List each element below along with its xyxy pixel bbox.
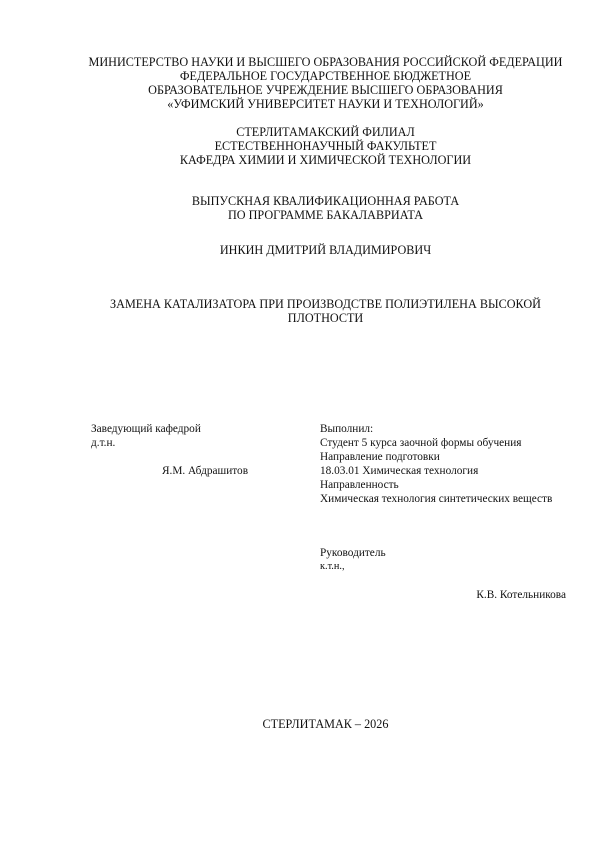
- header-line: ФЕДЕРАЛЬНОЕ ГОСУДАРСТВЕННОЕ БЮДЖЕТНОЕ: [0, 69, 595, 83]
- header-line: «УФИМСКИЙ УНИВЕРСИТЕТ НАУКИ И ТЕХНОЛОГИЙ…: [0, 97, 595, 111]
- faculty-name: ЕСТЕСТВЕННОНАУЧНЫЙ ФАКУЛЬТЕТ: [0, 139, 595, 153]
- city-year: СТЕРЛИТАМАК – 2026: [0, 717, 595, 731]
- header-line: МИНИСТЕРСТВО НАУКИ И ВЫСШЕГО ОБРАЗОВАНИЯ…: [0, 55, 595, 69]
- branch-name: СТЕРЛИТАМАКСКИЙ ФИЛИАЛ: [0, 125, 595, 139]
- direction-value: 18.03.01 Химическая технология: [320, 464, 478, 478]
- profile-label: Направленность: [320, 478, 399, 492]
- performed-by-label: Выполнил:: [320, 422, 373, 436]
- head-degree: д.т.н.: [91, 436, 115, 450]
- student-info: Студент 5 курса заочной формы обучения: [320, 436, 521, 450]
- header-line: ОБРАЗОВАТЕЛЬНОЕ УЧРЕЖДЕНИЕ ВЫСШЕГО ОБРАЗ…: [0, 83, 595, 97]
- author-name: ИНКИН ДМИТРИЙ ВЛАДИМИРОВИЧ: [0, 243, 595, 257]
- supervisor-name: К.В. Котельникова: [476, 588, 566, 602]
- department-name: КАФЕДРА ХИМИИ И ХИМИЧЕСКОЙ ТЕХНОЛОГИИ: [0, 153, 595, 167]
- work-type-line: ВЫПУСКНАЯ КВАЛИФИКАЦИОННАЯ РАБОТА: [0, 194, 595, 208]
- supervisor-role: Руководитель: [320, 546, 386, 560]
- head-name: Я.М. Абдрашитов: [162, 464, 248, 478]
- title-page: МИНИСТЕРСТВО НАУКИ И ВЫСШЕГО ОБРАЗОВАНИЯ…: [0, 0, 595, 841]
- profile-value: Химическая технология синтетических веще…: [320, 492, 552, 506]
- supervisor-degree: к.т.н.,: [320, 560, 345, 574]
- title-line: ЗАМЕНА КАТАЛИЗАТОРА ПРИ ПРОИЗВОДСТВЕ ПОЛ…: [0, 297, 595, 311]
- head-role: Заведующий кафедрой: [91, 422, 201, 436]
- work-type-line: ПО ПРОГРАММЕ БАКАЛАВРИАТА: [0, 208, 595, 222]
- direction-label: Направление подготовки: [320, 450, 440, 464]
- title-line: ПЛОТНОСТИ: [0, 311, 595, 325]
